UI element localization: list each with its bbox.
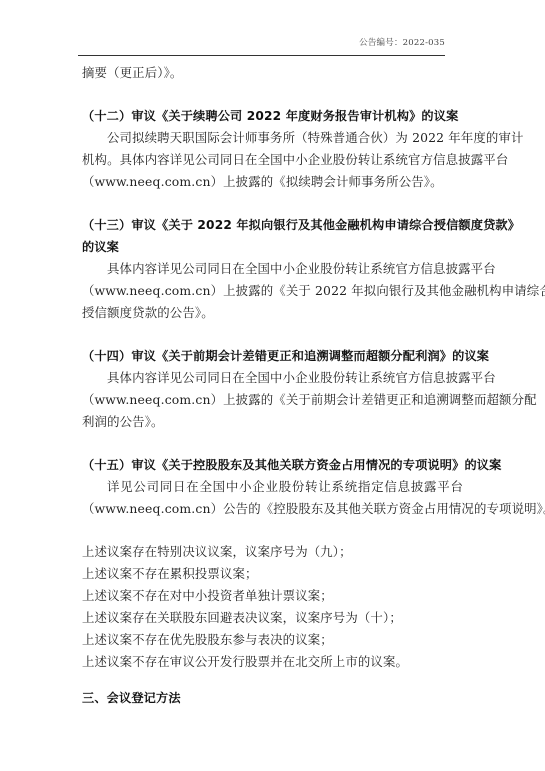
motion-statements: 上述议案存在特别决议议案，议案序号为（九）； 上述议案不存在累积投票议案； 上述… <box>82 541 463 673</box>
spacer <box>82 520 463 541</box>
section-title: 三、会议登记方法 <box>82 687 463 709</box>
statement-line: 上述议案不存在优先股股东参与表决的议案； <box>82 629 463 651</box>
motion-item-15: （十五）审议《关于控股股东及其他关联方资金占用情况的专项说明》的议案 详见公司同… <box>82 454 463 520</box>
motion-item-13: （十三）审议《关于 2022 年拟向银行及其他金融机构申请综合授信额度贷款》 的… <box>82 214 463 324</box>
motion-body-line: 机构。具体内容详见公司同日在全国中小企业股份转让系统官方信息披露平台 <box>82 149 463 171</box>
motion-heading-cont: 的议案 <box>82 236 463 258</box>
motion-heading: （十三）审议《关于 2022 年拟向银行及其他金融机构申请综合授信额度贷款》 <box>82 214 463 236</box>
announcement-number: 公告编号：2022-035 <box>359 36 445 48</box>
motion-body-line: 具体内容详见公司同日在全国中小企业股份转让系统官方信息披露平台 <box>82 367 463 389</box>
motion-item-14: （十四）审议《关于前期会计差错更正和追溯调整而超额分配利润》的议案 具体内容详见… <box>82 345 463 433</box>
spacer <box>82 84 463 105</box>
spacer <box>82 673 463 687</box>
motion-heading: （十四）审议《关于前期会计差错更正和追溯调整而超额分配利润》的议案 <box>82 345 463 367</box>
statement-line: 上述议案存在特别决议议案，议案序号为（九）； <box>82 541 463 563</box>
document-body: 摘要（更正后）》。 （十二）审议《关于续聘公司 2022 年度财务报告审计机构》… <box>82 62 463 709</box>
motion-body-line: 详见公司同日在全国中小企业股份转让系统指定信息披露平台 <box>82 476 463 498</box>
motion-body-line: （www.neeq.com.cn）上披露的《拟续聘会计师事务所公告》。 <box>82 171 463 193</box>
motion-heading: （十二）审议《关于续聘公司 2022 年度财务报告审计机构》的议案 <box>82 105 463 127</box>
spacer <box>82 324 463 345</box>
motion-body-line: 授信额度贷款的公告》。 <box>82 302 463 324</box>
motion-heading: （十五）审议《关于控股股东及其他关联方资金占用情况的专项说明》的议案 <box>82 454 463 476</box>
motion-body-line: （www.neeq.com.cn）公告的《控股股东及其他关联方资金占用情况的专项… <box>82 498 463 520</box>
motion-body-line: 公司拟续聘天职国际会计师事务所（特殊普通合伙）为 2022 年年度的审计 <box>82 127 463 149</box>
motion-body-line: 利润的公告》。 <box>82 411 463 433</box>
statement-line: 上述议案不存在累积投票议案； <box>82 563 463 585</box>
motion-body-line: （www.neeq.com.cn）上披露的《关于 2022 年拟向银行及其他金融… <box>82 280 463 302</box>
statement-line: 上述议案不存在审议公开发行股票并在北交所上市的议案。 <box>82 651 463 673</box>
motion-body-line: 具体内容详见公司同日在全国中小企业股份转让系统官方信息披露平台 <box>82 258 463 280</box>
statement-line: 上述议案不存在对中小投资者单独计票议案； <box>82 585 463 607</box>
document-page: 公告编号：2022-035 摘要（更正后）》。 （十二）审议《关于续聘公司 20… <box>0 0 545 771</box>
continuation-text: 摘要（更正后）》。 <box>82 62 463 84</box>
spacer <box>82 433 463 454</box>
statement-line: 上述议案存在关联股东回避表决议案，议案序号为（十）； <box>82 607 463 629</box>
spacer <box>82 193 463 214</box>
header-divider <box>78 55 445 56</box>
motion-item-12: （十二）审议《关于续聘公司 2022 年度财务报告审计机构》的议案 公司拟续聘天… <box>82 105 463 193</box>
motion-body-line: （www.neeq.com.cn）上披露的《关于前期会计差错更正和追溯调整而超额… <box>82 389 463 411</box>
